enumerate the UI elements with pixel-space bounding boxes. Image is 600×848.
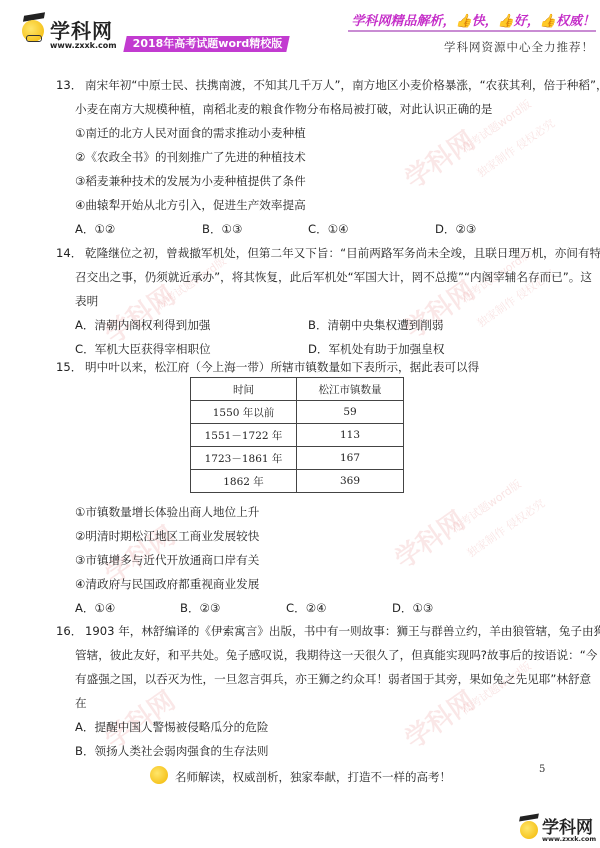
option-a[interactable]: A．清朝内阁权利得到加强 — [75, 318, 210, 332]
logo-url: www.zxxk.com — [50, 41, 117, 50]
statement: ①市镇数量增长体验出商人地位上升 — [75, 505, 259, 519]
statement: ③稻麦兼种技术的发展为小麦种植提供了条件 — [75, 174, 306, 188]
table-header-row: 时间 松江市镇数量 — [191, 378, 404, 401]
question-stem-line: 有盛强之国，以吞灭为性，一旦忽言弭兵，亦王狮之约众耳！弱者国于其旁，果如兔之先见… — [75, 672, 591, 686]
table-row: 1723－1861 年 167 — [191, 447, 404, 470]
option-c[interactable]: C．①④ — [308, 222, 348, 236]
footer-logo: 学科网 www.zxxk.com — [520, 813, 598, 845]
footer-logo-url: www.zxxk.com — [542, 835, 596, 843]
mascot-icon — [520, 821, 538, 839]
table-cell: 1551－1722 年 — [191, 424, 297, 447]
statement: ④曲辕犁开始从北方引入，促进生产效率提高 — [75, 198, 306, 212]
watermark: 学科网 — [396, 121, 481, 196]
question-stem-line: 明中叶以来，松江府（今上海一带）所辖市镇数量如下表所示，据此表可以得 — [85, 360, 479, 374]
table-row: 1551－1722 年 113 — [191, 424, 404, 447]
table-cell: 167 — [297, 447, 404, 470]
question-number: 16． — [56, 624, 82, 638]
question-number: 14． — [56, 246, 82, 260]
watermark: 学科网 — [96, 276, 181, 351]
mascot-icon — [22, 20, 44, 42]
slogan-underline — [348, 30, 596, 32]
market-towns-table: 时间 松江市镇数量 1550 年以前 59 1551－1722 年 113 17… — [190, 377, 404, 493]
footer-slogan: 名师解读，权威剖析，独家奉献，打造不一样的高考！ — [175, 769, 451, 785]
mascot-icon — [150, 766, 168, 784]
edition-banner: 2018年高考试题word精校版 — [130, 36, 285, 52]
option-a[interactable]: A．提醒中国人警惕被侵略瓜分的危险 — [75, 720, 268, 734]
question-stem-line: 南宋年初“中原士民、扶携南渡，不知其几千万人”，南方地区小麦价格暴涨，“农获其利… — [85, 78, 600, 92]
option-a[interactable]: A．①④ — [75, 601, 115, 615]
question-stem-line: 在 — [75, 696, 87, 710]
statement: ②明清时期松江地区工商业发展较快 — [75, 529, 259, 543]
watermark: 学科网 — [396, 681, 481, 756]
table-cell: 369 — [297, 470, 404, 493]
header-recommend: 学科网资源中心全力推荐！ — [400, 39, 594, 55]
statement: ③市镇增多与近代开放通商口岸有关 — [75, 553, 259, 567]
option-b[interactable]: B．清朝中央集权遭到削弱 — [308, 318, 444, 332]
option-d[interactable]: D．①③ — [392, 601, 433, 615]
option-b[interactable]: B．②③ — [180, 601, 220, 615]
question-number: 13． — [56, 78, 82, 92]
watermark: 学科网 — [386, 501, 471, 576]
table-header: 时间 — [191, 378, 297, 401]
table-row: 1550 年以前 59 — [191, 401, 404, 424]
question-stem-line: 管辖，彼此友好，和平共处。兔子感叹说，我期待这一天很久了，但真能实现吗?故事后的… — [75, 648, 597, 662]
question-stem-line: 1903 年，林舒编译的《伊索寓言》出版，书中有一则故事：狮王与群兽立约，羊由狼… — [85, 624, 600, 638]
watermark-sub: 独家制作 侵权必究 — [474, 115, 558, 181]
statement: ④清政府与民国政府都重视商业发展 — [75, 577, 259, 591]
statement: ①南迁的北方人民对面食的需求推动小麦种植 — [75, 126, 306, 140]
zxxk-logo: 学科网 www.zxxk.com — [22, 12, 122, 52]
table-row: 1862 年 369 — [191, 470, 404, 493]
table-cell: 1862 年 — [191, 470, 297, 493]
header-slogan: 学科网精品解析，👍快，👍好，👍权威！ — [350, 10, 595, 29]
table-cell: 113 — [297, 424, 404, 447]
watermark-sub: 高考试题word版 — [458, 658, 534, 718]
table-cell: 59 — [297, 401, 404, 424]
watermark-sub: 独家制作 侵权必究 — [464, 495, 548, 561]
option-d[interactable]: D．②③ — [435, 222, 476, 236]
option-a[interactable]: A．①② — [75, 222, 115, 236]
option-d[interactable]: D．军机处有助于加强皇权 — [308, 342, 444, 356]
table-header: 松江市镇数量 — [297, 378, 404, 401]
question-stem-line: 小麦在南方大规模种植，南稻北麦的粮食作物分布格局被打破，对此认识正确的是 — [75, 102, 492, 116]
option-c[interactable]: C．军机大臣获得宰相职位 — [75, 342, 211, 356]
statement: ②《农政全书》的刊刻推广了先进的种植技术 — [75, 150, 306, 164]
option-b[interactable]: B．①③ — [202, 222, 242, 236]
table-cell: 1550 年以前 — [191, 401, 297, 424]
logo-text: 学科网 — [50, 15, 113, 44]
question-number: 15． — [56, 360, 82, 374]
question-stem-line: 召交出之事，仍须就近承办”，将其恢复，此后军机处“军国大计，罔不总揽”“内阁宰辅… — [75, 270, 592, 284]
option-b[interactable]: B．领扬人类社会弱肉强食的生存法则 — [75, 744, 268, 758]
watermark-sub: 高考试题word版 — [448, 476, 524, 536]
option-c[interactable]: C．②④ — [286, 601, 326, 615]
page-number: 5 — [539, 764, 545, 775]
table-cell: 1723－1861 年 — [191, 447, 297, 470]
question-stem-line: 表明 — [75, 294, 98, 308]
question-stem-line: 乾隆继位之初，曾裁撤军机处，但第二年又下旨：“目前两路军务尚未全竣，且联日理万机… — [85, 246, 600, 260]
